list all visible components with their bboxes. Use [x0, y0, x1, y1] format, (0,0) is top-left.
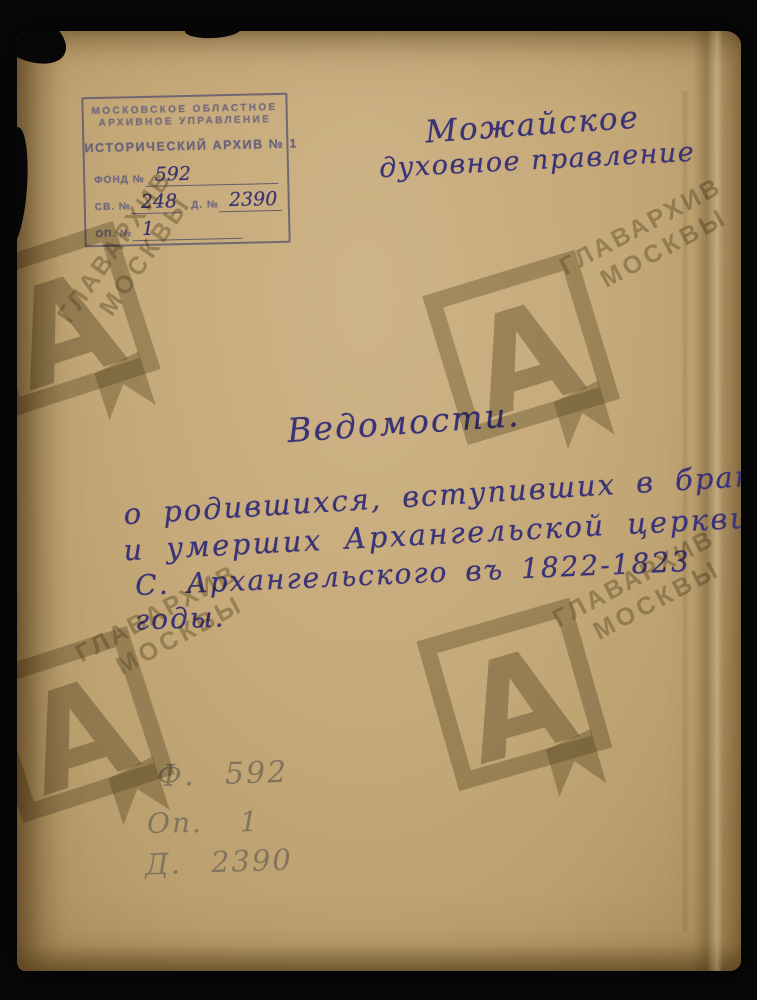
paper-bottom-edge-shading: [17, 945, 741, 971]
stamp-opis-label: ОП. №: [95, 228, 132, 242]
stamp-svyazka-delo-row: СВ. № 248 Д. № 2390: [94, 184, 279, 215]
archive-stamp: МОСКОВСКОЕ ОБЛАСТНОЕ АРХИВНОЕ УПРАВЛЕНИЕ…: [81, 93, 290, 248]
stamp-svyazka-label: СВ. №: [95, 201, 131, 215]
pencil-note-fond: Ф. 592: [156, 755, 288, 795]
handwritten-title-heading: Ведомости.: [286, 395, 521, 450]
stamp-fond-row: ФОНД № 592: [94, 157, 279, 188]
glavarkhiv-logo-icon: А: [399, 230, 652, 489]
stamp-opis-row: ОП. № 1: [95, 211, 280, 242]
paper-right-fold: [693, 31, 723, 971]
stamp-delo-value: 2390: [219, 190, 282, 212]
svg-text:А: А: [446, 616, 590, 796]
pencil-note-delo: Д. 2390: [144, 842, 293, 881]
stamp-fond-value: 592: [144, 163, 278, 187]
stamp-delo-label: Д. №: [191, 199, 219, 213]
torn-edge-notch: [185, 31, 242, 39]
stamp-fond-label: ФОНД №: [94, 174, 145, 188]
stamp-svyazka-value: 248: [131, 192, 182, 214]
pencil-note-opis: Оп. 1: [147, 805, 260, 840]
handwritten-title-line4: годы.: [134, 600, 226, 636]
glavarkhiv-logo-icon: А: [393, 579, 643, 836]
stamp-opis-value: 1: [132, 218, 242, 241]
document-cover-page: МОСКОВСКОЕ ОБЛАСТНОЕ АРХИВНОЕ УПРАВЛЕНИЕ…: [17, 31, 741, 971]
stamp-archive-number-line: ИСТОРИЧЕСКИЙ АРХИВ № 1: [84, 137, 286, 156]
